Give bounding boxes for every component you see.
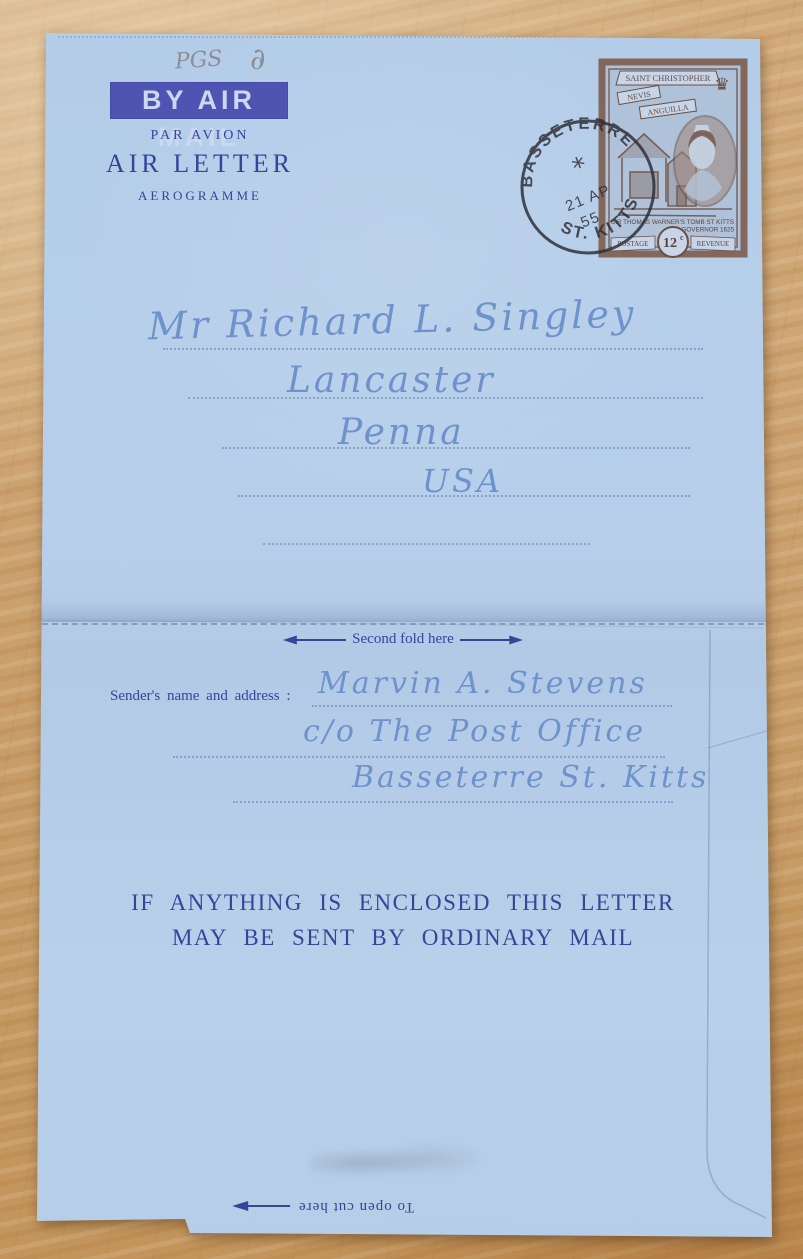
aerogramme-wrap: PGS ∂ BY AIR MAIL PAR AVION AIR LETTER A… xyxy=(0,0,803,1259)
aerogramme-paper: PGS ∂ BY AIR MAIL PAR AVION AIR LETTER A… xyxy=(0,0,803,1259)
paper-creases xyxy=(0,0,803,1259)
